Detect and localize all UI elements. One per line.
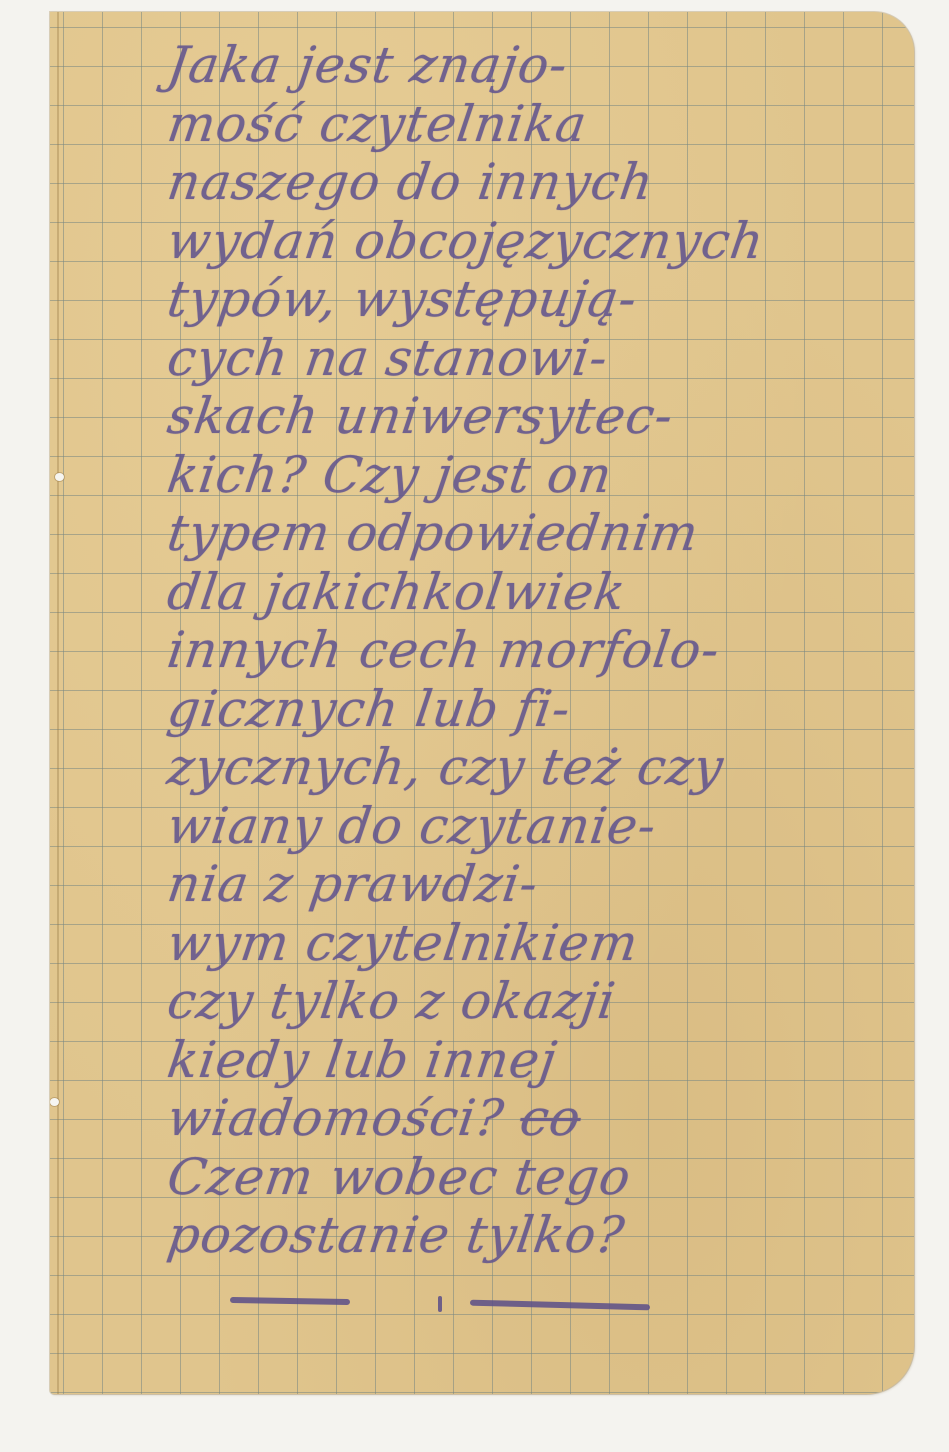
text-line: mość czytelnika (164, 95, 892, 154)
closing-rule-tick (438, 1296, 442, 1312)
text-line: typem odpowiednim (164, 504, 892, 563)
staple-hole-bottom (50, 1098, 59, 1106)
text-line: kiedy lub innej (164, 1031, 892, 1090)
text-line: naszego do innych (164, 153, 892, 212)
text-line: gicznych lub fi- (164, 680, 892, 739)
text-line: cych na stanowi- (164, 329, 892, 388)
staple-hole-top (55, 473, 64, 481)
handwritten-text: Jaka jest znajo- mość czytelnika naszego… (168, 36, 888, 1265)
text-line: typów, występują- (164, 270, 892, 329)
text-line: zycznych, czy też czy (164, 738, 892, 797)
text-line-with-strikeout: wiadomości? co (164, 1089, 892, 1148)
text-line: nia z prawdzi- (164, 855, 892, 914)
text-line: Czem wobec tego (164, 1148, 892, 1207)
text-line: pozostanie tylko? (164, 1206, 892, 1265)
text-fragment: wiadomości? (164, 1089, 508, 1147)
text-line: wym czytelnikiem (164, 914, 892, 973)
text-line: kich? Czy jest on (164, 446, 892, 505)
notebook-page: Jaka jest znajo- mość czytelnika naszego… (50, 12, 914, 1394)
text-line: skach uniwersytec- (164, 387, 892, 446)
text-line: wydań obcojęzycznych (164, 212, 892, 271)
text-line: Jaka jest znajo- (164, 36, 892, 95)
text-line: dla jakichkolwiek (164, 563, 892, 622)
struck-out-word: co (517, 1089, 585, 1147)
text-line: innych cech morfolo- (164, 621, 892, 680)
text-line: wiany do czytanie- (164, 797, 892, 856)
text-line: czy tylko z okazji (164, 972, 892, 1031)
binding-fold (57, 12, 59, 1394)
